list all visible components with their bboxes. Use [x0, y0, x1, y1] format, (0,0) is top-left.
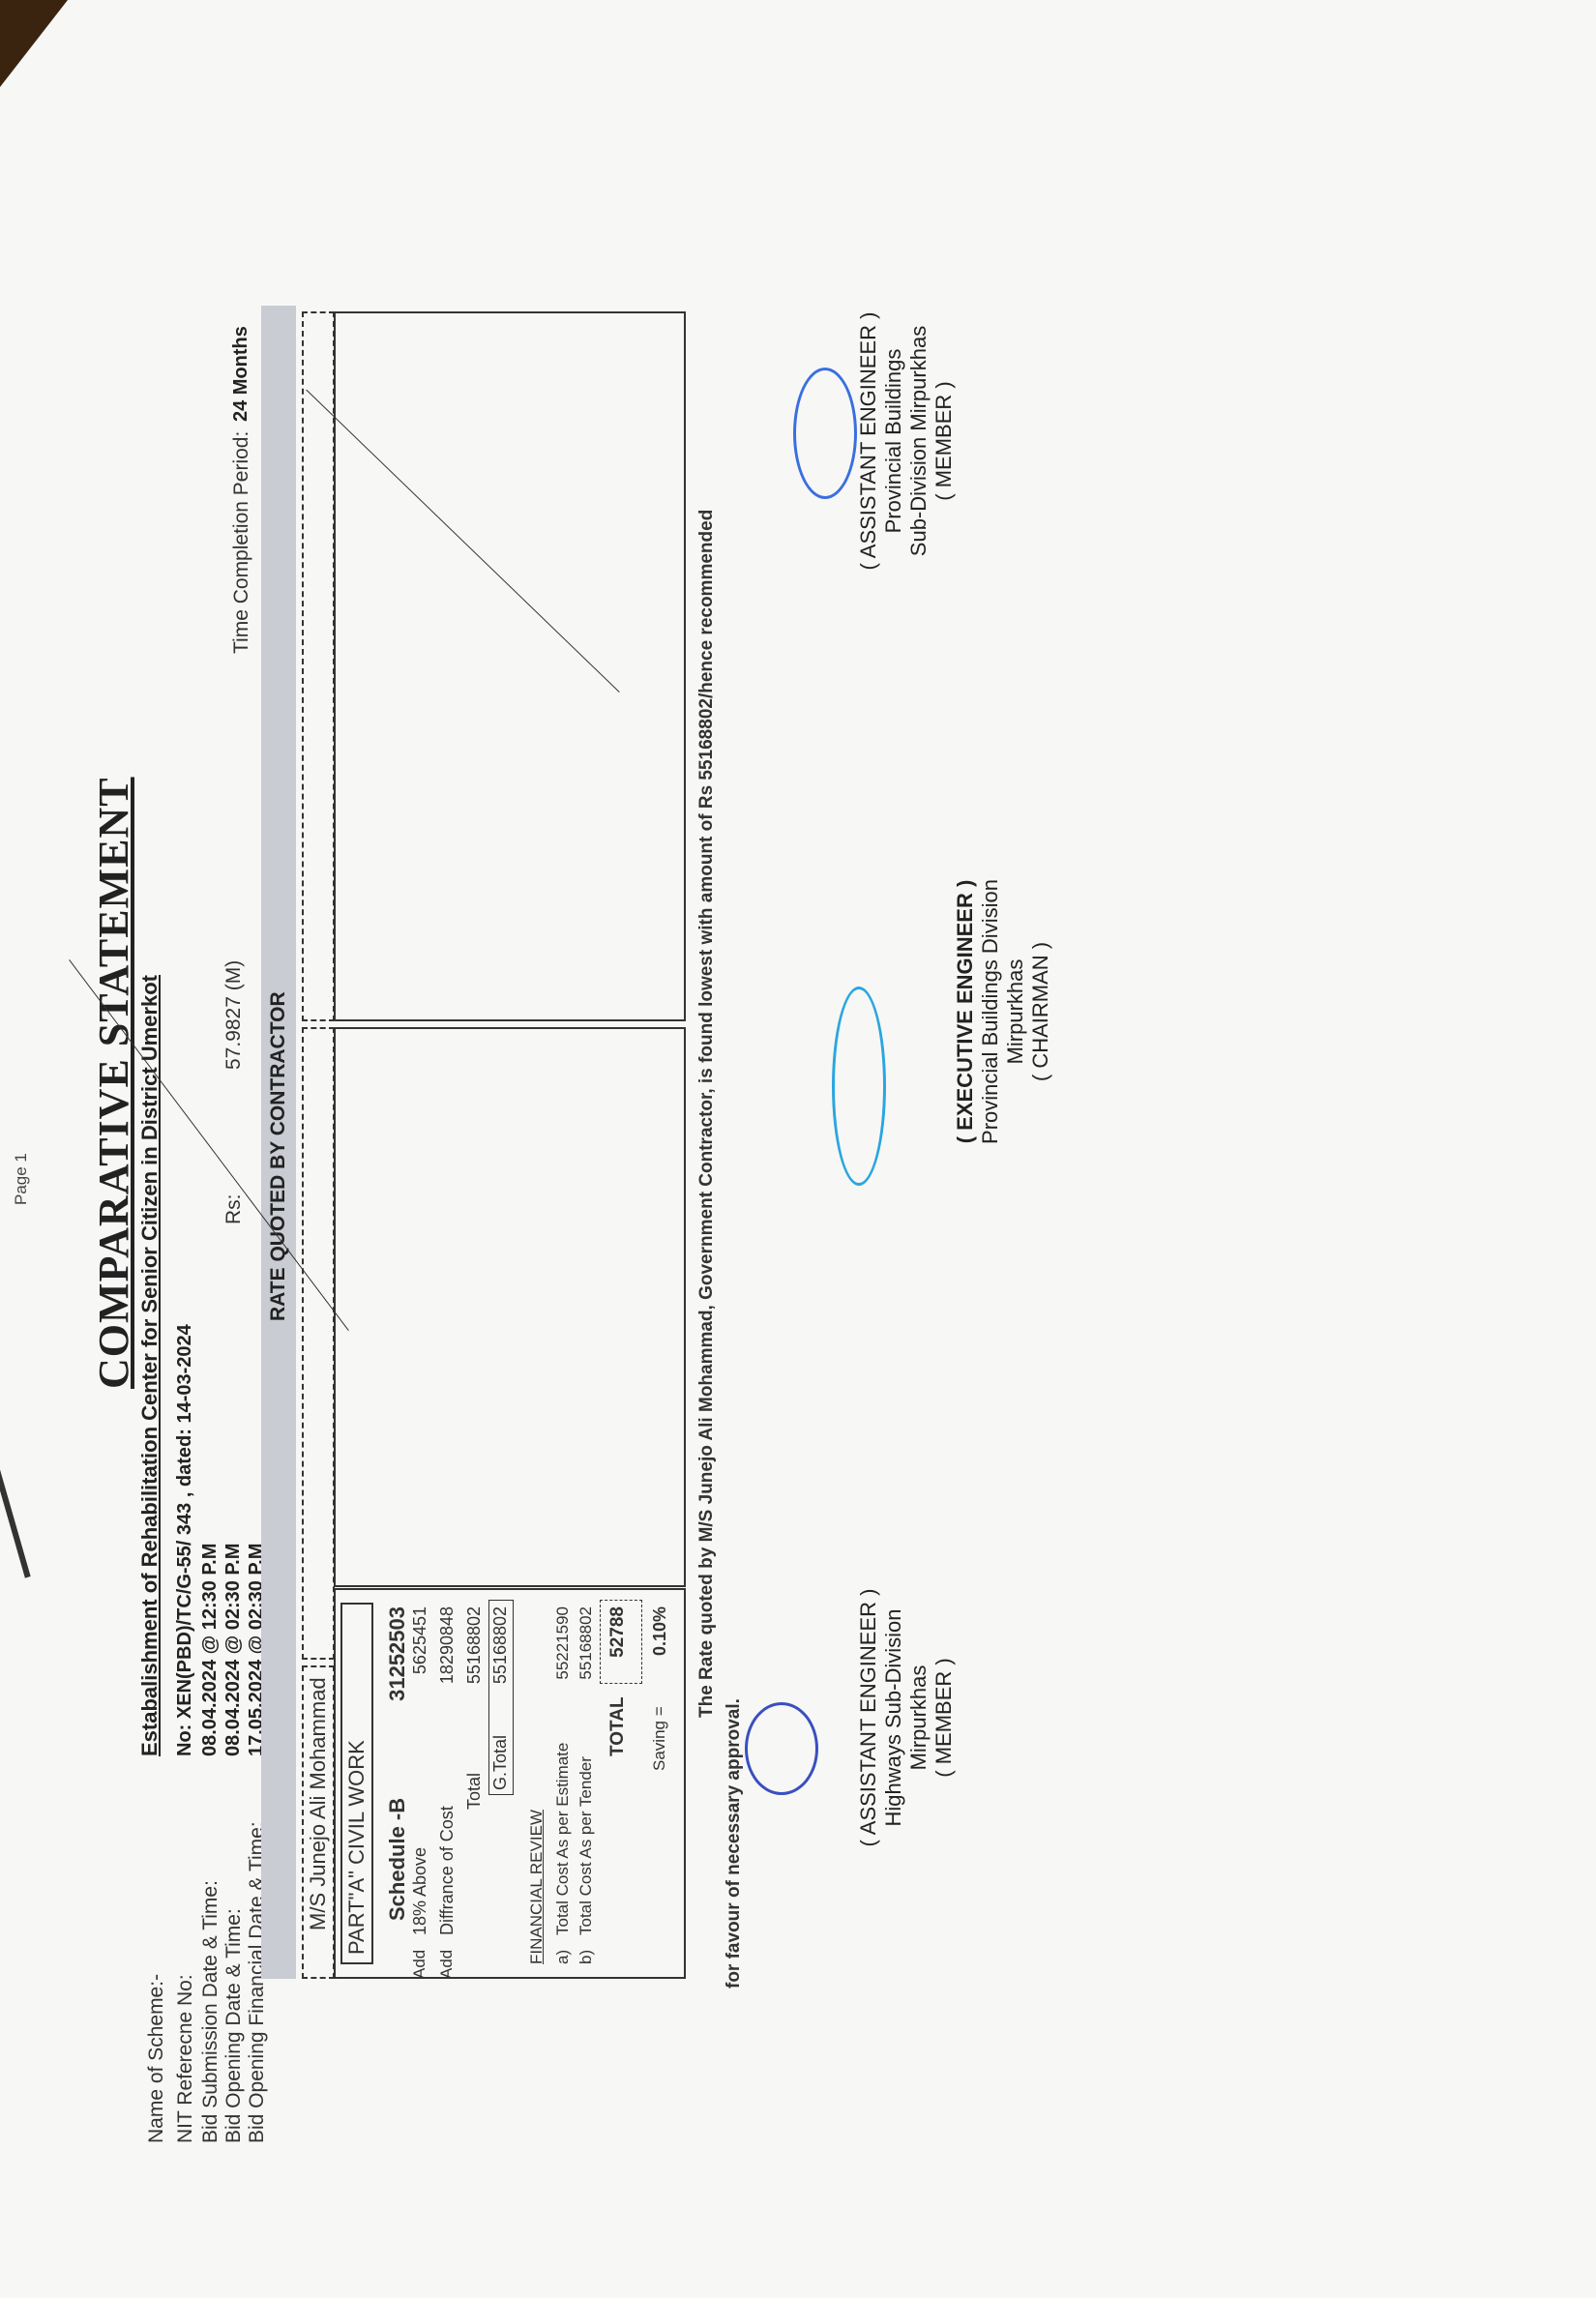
total-value: 55168802: [464, 1606, 485, 1732]
recommendation-line2: for favour of necessary approval.: [724, 1698, 745, 1989]
signatory-role: ( ASSISTANT ENGINEER ): [856, 1563, 881, 1872]
bid-opening-value: 08.04.2024 @ 02:30 P.M: [222, 1544, 245, 1756]
estimate-label: Total Cost As per Estimate: [553, 1743, 573, 1935]
above-label: 18% Above: [410, 1847, 430, 1935]
scheme-name: Estabalishment of Rehabilitation Center …: [137, 975, 163, 1756]
total-label: Total: [464, 1773, 485, 1810]
time-completion-label: Time Completion Period:: [230, 431, 253, 654]
signature-scribble: [832, 987, 886, 1186]
estimate-value: 55221590: [553, 1606, 573, 1732]
page-label: Page 1: [12, 1153, 31, 1205]
contractor-name: M/S Junejo Ali Mohammad: [306, 1677, 331, 1930]
rs-value: 57.9827 (M): [222, 960, 246, 1070]
bid-submission-label: Bid Submission Date & Time:: [199, 1880, 222, 2143]
signatory-3: ( ASSISTANT ENGINEER ) Provincial Buildi…: [856, 286, 957, 596]
estimate-marker: a): [553, 1950, 573, 1964]
signature-scribble: [745, 1702, 818, 1795]
add-prefix: Add: [437, 1950, 457, 1979]
signatory-2: ( EXECUTIVE ENGINEER ) Provincial Buildi…: [953, 847, 1053, 1176]
empty-column-2: [334, 1027, 686, 1587]
empty-column-3: [334, 311, 686, 1021]
signatory-position: ( MEMBER ): [931, 1563, 957, 1872]
gtotal-value: 55168802: [490, 1606, 511, 1732]
above-value: 5625451: [410, 1606, 430, 1732]
tender-value: 55168802: [576, 1606, 596, 1732]
signatory-office: Highways Sub-Division: [881, 1563, 906, 1872]
empty-header-3: [302, 311, 335, 1021]
signatory-place: Mirpurkhas: [1003, 847, 1028, 1176]
financial-review-heading: FINANCIAL REVIEW: [527, 1810, 547, 1964]
nit-value: No: XEN(PBD)/TC/G-55/ 343 , dated: 14-03…: [174, 1324, 196, 1756]
signatory-place: Sub-Division Mirpurkhas: [906, 286, 931, 596]
saving-value: 0.10%: [650, 1606, 670, 1732]
empty-header-2: [302, 1027, 335, 1660]
fr-total-value: 52788: [607, 1606, 629, 1732]
difference-value: 18290848: [437, 1606, 458, 1732]
recommendation-line1: The Rate quoted by M/S Junejo Ali Mohamm…: [696, 510, 718, 1718]
signatory-position: ( CHAIRMAN ): [1028, 847, 1053, 1176]
signatory-1: ( ASSISTANT ENGINEER ) Highways Sub-Divi…: [856, 1563, 957, 1872]
add-prefix: Add: [410, 1950, 429, 1979]
bid-opening-label: Bid Opening Date & Time:: [222, 1908, 246, 2143]
rs-label: Rs:: [222, 1194, 246, 1225]
nit-label: NIT Referecne No:: [174, 1974, 197, 2143]
signature-scribble: [793, 368, 857, 499]
signatory-office: Provincial Buildings Division: [978, 847, 1003, 1176]
tender-marker: b): [576, 1950, 596, 1964]
signatory-office: Provincial Buildings: [881, 286, 906, 596]
signatory-role: ( ASSISTANT ENGINEER ): [856, 286, 881, 596]
bid-submission-value: 08.04.2024 @ 12:30 P.M: [199, 1544, 222, 1756]
difference-label: Diffrance of Cost: [437, 1806, 458, 1935]
part-label: PART"A" CIVIL WORK: [344, 1740, 369, 1955]
scheme-label: Name of Scheme:-: [145, 1974, 168, 2143]
document-page: Page 1 COMPARATIVE STATEMENT Name of Sch…: [0, 0, 1596, 2298]
signatory-role: ( EXECUTIVE ENGINEER ): [953, 847, 978, 1176]
signatory-position: ( MEMBER ): [931, 286, 957, 596]
tender-label: Total Cost As per Tender: [576, 1756, 596, 1935]
gtotal-label: G.Total: [490, 1735, 511, 1790]
signatory-place: Mirpurkhas: [906, 1563, 931, 1872]
page-title: COMPARATIVE STATEMENT: [89, 777, 138, 1389]
rate-band-title: RATE QUOTED BY CONTRACTOR: [267, 991, 290, 1321]
schedule-value: 31252503: [385, 1606, 410, 1732]
schedule-label: Schedule -B: [385, 1798, 410, 1921]
time-completion-value: 24 Months: [230, 326, 252, 422]
